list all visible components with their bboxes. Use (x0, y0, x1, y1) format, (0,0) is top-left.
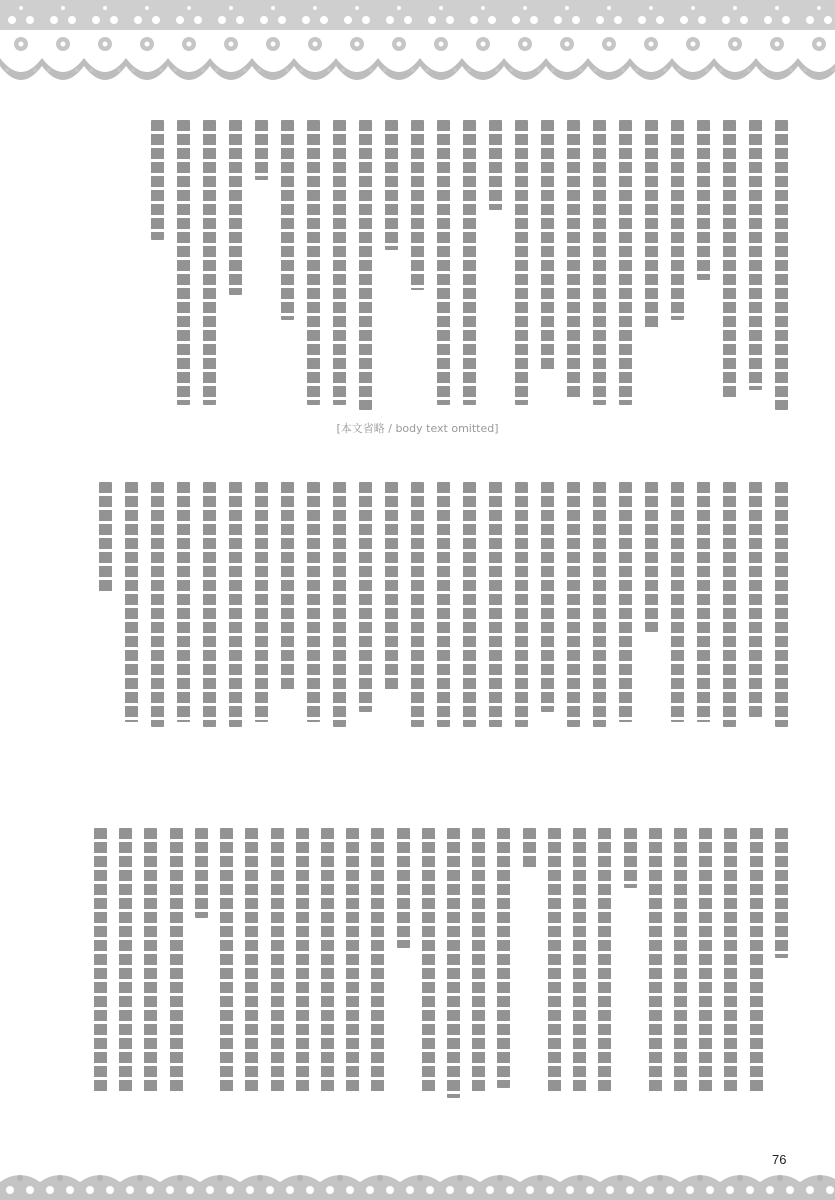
text-column (196, 120, 222, 410)
text-column (248, 482, 274, 727)
text-column (315, 828, 340, 1098)
text-column (391, 828, 416, 1098)
text-omitted-notice: [本文省略 / body text omitted] (0, 420, 835, 436)
text-line-placeholder (371, 828, 384, 1093)
text-line-placeholder (411, 120, 424, 290)
text-line-placeholder (99, 482, 112, 592)
lace-border-bottom (0, 1170, 835, 1200)
text-line-placeholder (598, 828, 611, 1093)
text-column (456, 482, 482, 727)
text-line-placeholder (463, 482, 476, 727)
text-line-placeholder (271, 828, 284, 1093)
text-band-upper (88, 120, 794, 410)
text-column (744, 828, 769, 1098)
text-line-placeholder (411, 482, 424, 727)
text-column (456, 120, 482, 410)
text-column (404, 482, 430, 727)
text-line-placeholder (515, 482, 528, 727)
text-line-placeholder (697, 120, 710, 280)
text-line-placeholder (548, 828, 561, 1093)
text-line-placeholder (281, 120, 294, 320)
text-line-placeholder (723, 120, 736, 400)
text-column (430, 120, 456, 410)
text-line-placeholder (177, 120, 190, 405)
text-line-placeholder (515, 120, 528, 405)
text-column (300, 482, 326, 727)
text-column (690, 120, 716, 410)
text-column (718, 828, 743, 1098)
text-column (508, 482, 534, 727)
text-line-placeholder (619, 120, 632, 405)
text-line-placeholder (385, 120, 398, 250)
text-column (300, 120, 326, 410)
text-line-placeholder (255, 120, 268, 180)
text-line-placeholder (229, 120, 242, 295)
text-column (612, 120, 638, 410)
text-column (491, 828, 516, 1098)
text-column (404, 120, 430, 410)
text-line-placeholder (567, 120, 580, 400)
text-column (586, 482, 612, 727)
text-line-placeholder (151, 482, 164, 727)
text-line-placeholder (229, 482, 242, 727)
text-column (196, 482, 222, 727)
text-column (430, 482, 456, 727)
text-line-placeholder (255, 482, 268, 722)
text-column (326, 120, 352, 410)
text-column (248, 120, 274, 410)
text-column (222, 120, 248, 410)
text-line-placeholder (489, 482, 502, 727)
text-column (92, 482, 118, 727)
text-column (716, 120, 742, 410)
text-column (144, 482, 170, 727)
text-column (214, 828, 239, 1098)
text-line-placeholder (437, 120, 450, 405)
text-column (617, 828, 642, 1098)
text-column (378, 120, 404, 410)
text-line-placeholder (321, 828, 334, 1093)
text-column (290, 828, 315, 1098)
text-column (769, 828, 794, 1098)
text-column (638, 120, 664, 410)
text-band-middle (88, 482, 794, 727)
text-line-placeholder (203, 120, 216, 405)
text-column (466, 828, 491, 1098)
text-column (326, 482, 352, 727)
text-line-placeholder (359, 482, 372, 712)
text-column (534, 120, 560, 410)
text-line-placeholder (619, 482, 632, 722)
text-line-placeholder (699, 828, 712, 1093)
text-line-placeholder (573, 828, 586, 1093)
text-line-placeholder (674, 828, 687, 1093)
text-column (239, 828, 264, 1098)
text-line-placeholder (333, 482, 346, 727)
text-column (567, 828, 592, 1098)
text-column (274, 120, 300, 410)
text-column (340, 828, 365, 1098)
text-line-placeholder (671, 482, 684, 722)
text-column (643, 828, 668, 1098)
page-number: 76 (772, 1152, 786, 1167)
text-column (517, 828, 542, 1098)
text-line-placeholder (94, 828, 107, 1093)
text-column (264, 828, 289, 1098)
text-line-placeholder (296, 828, 309, 1093)
text-line-placeholder (170, 828, 183, 1093)
text-column (768, 120, 794, 410)
text-line-placeholder (359, 120, 372, 410)
text-column (164, 828, 189, 1098)
text-line-placeholder (749, 120, 762, 390)
text-line-placeholder (119, 828, 132, 1093)
text-column (668, 828, 693, 1098)
text-column (508, 120, 534, 410)
text-line-placeholder (567, 482, 580, 727)
text-line-placeholder (645, 482, 658, 632)
text-line-placeholder (422, 828, 435, 1093)
text-column (693, 828, 718, 1098)
text-line-placeholder (523, 828, 536, 868)
text-column (586, 120, 612, 410)
text-column (768, 482, 794, 727)
text-line-placeholder (245, 828, 258, 1093)
text-column (638, 482, 664, 727)
text-column (113, 828, 138, 1098)
text-line-placeholder (472, 828, 485, 1093)
text-line-placeholder (195, 828, 208, 918)
text-line-placeholder (281, 482, 294, 692)
text-line-placeholder (346, 828, 359, 1093)
text-line-placeholder (671, 120, 684, 320)
text-column (482, 482, 508, 727)
text-column (144, 120, 170, 410)
text-line-placeholder (144, 828, 157, 1093)
text-column (534, 482, 560, 727)
text-line-placeholder (220, 828, 233, 1093)
text-column (664, 120, 690, 410)
text-column (560, 120, 586, 410)
lace-border-top (0, 0, 835, 100)
text-line-placeholder (593, 120, 606, 405)
text-column (612, 482, 638, 727)
text-column (416, 828, 441, 1098)
text-column (592, 828, 617, 1098)
text-column (560, 482, 586, 727)
text-column (138, 828, 163, 1098)
text-line-placeholder (177, 482, 190, 722)
text-column (482, 120, 508, 410)
text-column (118, 482, 144, 727)
text-line-placeholder (397, 828, 410, 948)
text-line-placeholder (775, 482, 788, 727)
text-line-placeholder (541, 482, 554, 712)
text-line-placeholder (333, 120, 346, 405)
text-line-placeholder (151, 120, 164, 240)
text-line-placeholder (750, 828, 763, 1093)
text-column (170, 120, 196, 410)
text-line-placeholder (624, 828, 637, 888)
text-line-placeholder (463, 120, 476, 405)
text-line-placeholder (723, 482, 736, 727)
text-column (352, 120, 378, 410)
text-column (690, 482, 716, 727)
text-line-placeholder (489, 120, 502, 210)
text-line-placeholder (724, 828, 737, 1093)
text-line-placeholder (497, 828, 510, 1088)
text-column (664, 482, 690, 727)
text-line-placeholder (541, 120, 554, 370)
text-line-placeholder (203, 482, 216, 727)
text-line-placeholder (385, 482, 398, 692)
text-line-placeholder (775, 828, 788, 958)
text-line-placeholder (125, 482, 138, 722)
text-line-placeholder (447, 828, 460, 1098)
text-column (365, 828, 390, 1098)
text-line-placeholder (307, 482, 320, 722)
text-line-placeholder (697, 482, 710, 722)
text-line-placeholder (437, 482, 450, 727)
text-column (542, 828, 567, 1098)
text-column (716, 482, 742, 727)
text-column (742, 120, 768, 410)
text-line-placeholder (775, 120, 788, 410)
text-line-placeholder (649, 828, 662, 1093)
text-line-placeholder (593, 482, 606, 727)
text-column (352, 482, 378, 727)
text-column (378, 482, 404, 727)
text-column (274, 482, 300, 727)
text-column (441, 828, 466, 1098)
text-line-placeholder (307, 120, 320, 405)
text-band-lower (88, 828, 794, 1098)
text-line-placeholder (749, 482, 762, 717)
text-column (189, 828, 214, 1098)
text-column (222, 482, 248, 727)
text-column (170, 482, 196, 727)
text-column (88, 828, 113, 1098)
text-column (742, 482, 768, 727)
text-line-placeholder (645, 120, 658, 330)
